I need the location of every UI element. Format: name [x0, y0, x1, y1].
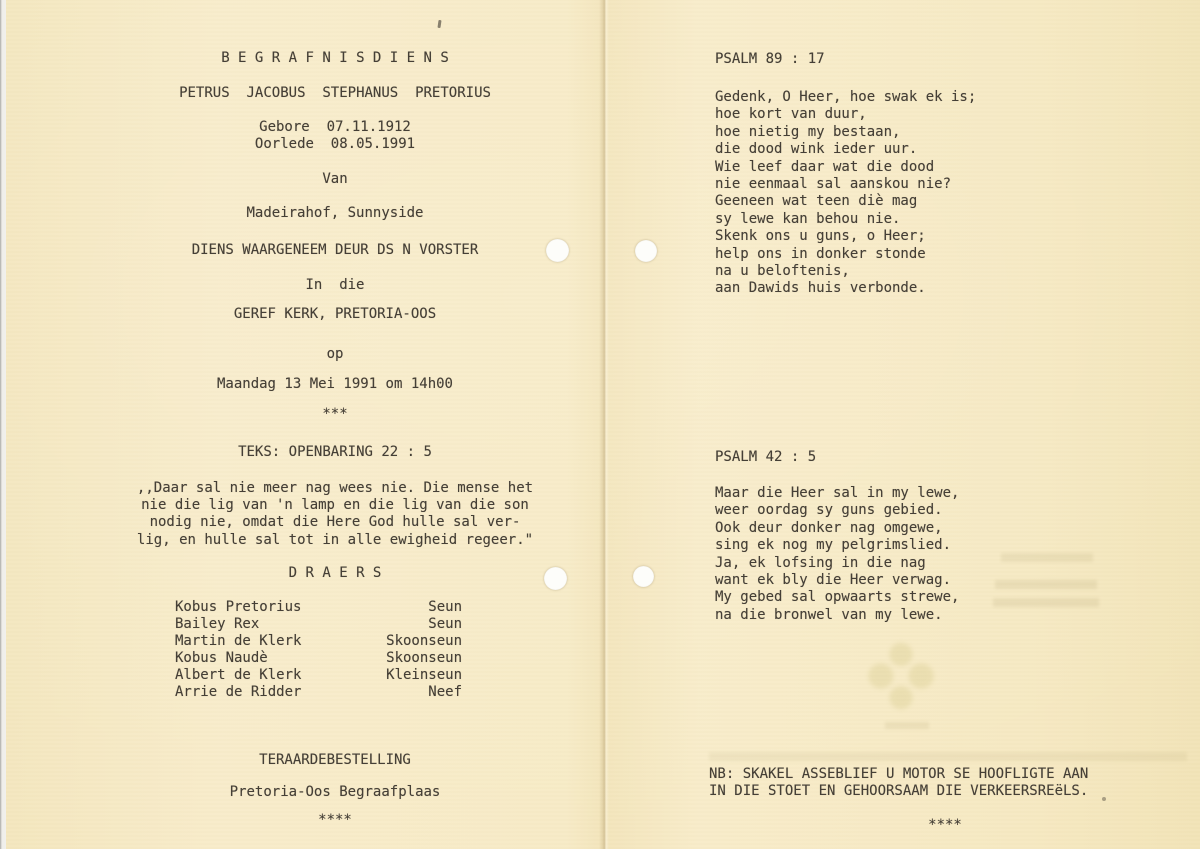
- bearer-relation: Skoonseun: [386, 633, 462, 650]
- bleedthrough-text-line: [993, 598, 1099, 607]
- bearer-row: Martin de Klerk Skoonseun: [175, 633, 462, 650]
- fold-crease: [599, 0, 609, 849]
- punch-hole: [546, 239, 569, 262]
- bearer-relation: Seun: [428, 616, 462, 633]
- op-label: op: [85, 346, 585, 362]
- draers-heading: D R A E R S: [85, 565, 585, 581]
- divider-asterisks: ****: [85, 812, 585, 828]
- punch-hole: [635, 240, 657, 262]
- residence: Madeirahof, Sunnyside: [85, 205, 585, 221]
- punch-hole: [633, 566, 654, 587]
- bearer-name: Albert de Klerk: [175, 667, 301, 684]
- punch-hole: [544, 567, 567, 590]
- scanned-program-paper: B E G R A F N I S D I E N S PETRUS JACOB…: [5, 0, 1200, 849]
- bleedthrough-smudge: [709, 752, 1187, 761]
- bearer-relation: Neef: [428, 684, 462, 701]
- bearer-row: Arrie de Ridder Neef: [175, 684, 462, 701]
- bearer-name: Arrie de Ridder: [175, 684, 301, 701]
- psalm-42-heading: PSALM 42 : 5: [715, 449, 816, 465]
- divider-asterisks: ****: [715, 817, 1175, 833]
- teks-heading: TEKS: OPENBARING 22 : 5: [85, 444, 585, 460]
- church-name: GEREF KERK, PRETORIA-OOS: [85, 306, 585, 322]
- psalm-42-text: Maar die Heer sal in my lewe, weer oorda…: [715, 485, 959, 624]
- van-label: Van: [85, 171, 585, 187]
- bleedthrough-emblem: [865, 640, 937, 720]
- bearer-list: Kobus Pretorius Seun Bailey Rex Seun Mar…: [175, 599, 462, 701]
- bearer-relation: Kleinseun: [386, 667, 462, 684]
- scripture-quote: ,,Daar sal nie meer nag wees nie. Die me…: [65, 480, 605, 549]
- bearer-row: Albert de Klerk Kleinseun: [175, 667, 462, 684]
- in-die-label: In die: [85, 277, 585, 293]
- bearer-row: Bailey Rex Seun: [175, 616, 462, 633]
- bearer-name: Martin de Klerk: [175, 633, 301, 650]
- bearer-name: Bailey Rex: [175, 616, 259, 633]
- bearer-relation: Seun: [428, 599, 462, 616]
- bearer-name: Kobus Naudè: [175, 650, 268, 667]
- bearer-name: Kobus Pretorius: [175, 599, 301, 616]
- birth-death-dates: Gebore 07.11.1912 Oorlede 08.05.1991: [85, 119, 585, 153]
- ink-speck: [437, 20, 441, 28]
- bleedthrough-caption: [885, 722, 929, 729]
- bearer-relation: Skoonseun: [386, 650, 462, 667]
- deceased-name: PETRUS JACOBUS STEPHANUS PRETORIUS: [85, 85, 585, 101]
- service-title: B E G R A F N I S D I E N S: [85, 50, 585, 66]
- service-conductor: DIENS WAARGENEEM DEUR DS N VORSTER: [85, 242, 585, 258]
- psalm-89-heading: PSALM 89 : 17: [715, 51, 825, 67]
- psalm-89-text: Gedenk, O Heer, hoe swak ek is; hoe kort…: [715, 89, 976, 298]
- scan-edge: [0, 0, 6, 849]
- service-datetime: Maandag 13 Mei 1991 om 14h00: [85, 376, 585, 392]
- traffic-notice: NB: SKAKEL ASSEBLIEF U MOTOR SE HOOFLIGT…: [709, 766, 1088, 801]
- burial-heading: TERAARDEBESTELLING: [85, 752, 585, 768]
- bearer-row: Kobus Naudè Skoonseun: [175, 650, 462, 667]
- bleedthrough-text-line: [995, 580, 1097, 589]
- bearer-row: Kobus Pretorius Seun: [175, 599, 462, 616]
- cemetery-name: Pretoria-Oos Begraafplaas: [85, 784, 585, 800]
- ink-speck: [1102, 797, 1106, 801]
- divider-asterisks: ***: [85, 406, 585, 422]
- bleedthrough-text-line: [1001, 553, 1093, 562]
